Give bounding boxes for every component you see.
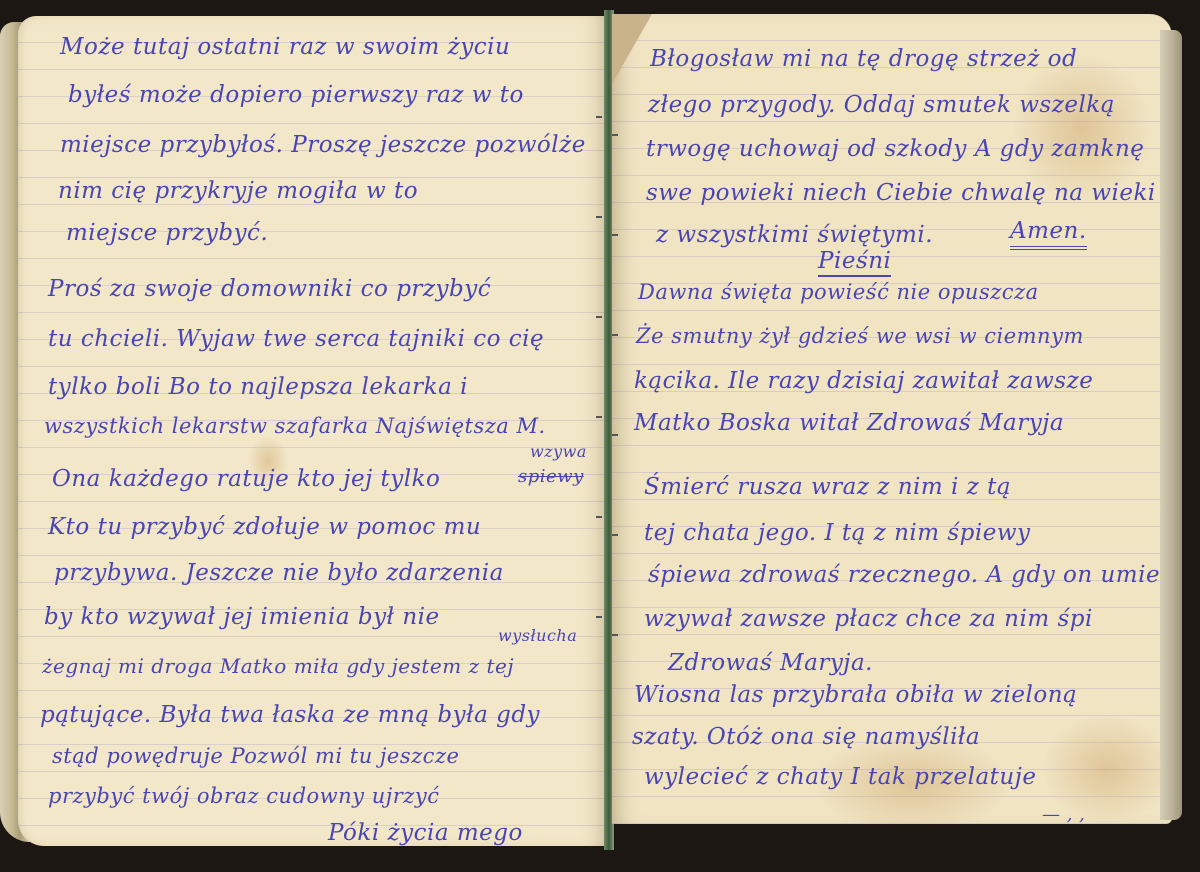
margin-tick [612, 534, 618, 536]
right-line-10: Śmierć rusza wraz z nim i z tą [644, 476, 1011, 499]
left-line-1: Może tutaj ostatni raz w swoim życiu [60, 36, 510, 59]
left-line-15: pątujące. Była twa łaska ze mną była gdy [40, 704, 540, 727]
left-line-2: byłeś może dopiero pierwszy raz w to [68, 84, 524, 107]
right-page: Błogosław mi na tę drogę strzeż od złego… [612, 14, 1172, 824]
margin-tick [596, 416, 602, 418]
margin-tick [612, 134, 618, 136]
right-line-8: kącika. Ile razy dzisiaj zawitał zawsze [634, 370, 1093, 393]
left-line-9: wszystkich lekarstw szafarka Najświętsza… [44, 416, 546, 437]
left-line-16: stąd powędruje Pozwól mi tu jeszcze [52, 746, 459, 767]
margin-tick [612, 234, 618, 236]
right-line-13: wzywał zawsze płacz chce za nim śpi [644, 608, 1093, 631]
left-line-7: tu chcieli. Wyjaw twe serca tajniki co c… [48, 328, 544, 351]
margin-tick [596, 316, 602, 318]
right-line-9: Matko Boska witał Zdrowaś Maryja [634, 412, 1064, 435]
margin-tick [612, 334, 618, 336]
left-correction-wzywa: wzywa [530, 444, 587, 460]
left-correction-wysłucha: wysłucha [498, 628, 577, 644]
left-line-14: żegnaj mi droga Matko miła gdy jestem z … [42, 656, 514, 676]
left-page: Może tutaj ostatni raz w swoim życiu był… [18, 16, 608, 846]
footer-mark: — , , [1042, 806, 1085, 824]
left-line-13: by kto wzywał jej imienia był nie [44, 606, 440, 629]
right-page-stack-edge [1160, 30, 1182, 820]
margin-tick [612, 434, 618, 436]
left-line-12: przybywa. Jeszcze nie było zdarzenia [54, 562, 504, 585]
margin-tick [596, 216, 602, 218]
left-line-10: Ona każdego ratuje kto jej tylko [52, 468, 440, 491]
right-line-14: Zdrowaś Maryja. [668, 652, 873, 675]
left-line-8: tylko boli Bo to najlepsza lekarka i [48, 376, 468, 399]
notebook-spread: Może tutaj ostatni raz w swoim życiu był… [0, 0, 1200, 872]
right-line-12: śpiewa zdrowaś rzecznego. A gdy on umier… [648, 564, 1172, 587]
amen-closing: Amen. [1010, 220, 1087, 250]
right-line-6: Dawna święta powieść nie opuszcza [638, 282, 1039, 303]
margin-tick [596, 516, 602, 518]
right-line-16: szaty. Otóż ona się namyśliła [632, 726, 980, 749]
margin-tick [612, 634, 618, 636]
right-line-7: Że smutny żył gdzieś we wsi w ciemnym [636, 326, 1084, 347]
right-line-11: tej chata jego. I tą z nim śpiewy [644, 522, 1031, 545]
left-line-6: Proś za swoje domowniki co przybyć [48, 278, 491, 301]
left-line-17: przybyć twój obraz cudowny ujrzyć [48, 786, 439, 807]
margin-tick [596, 616, 602, 618]
left-struck-word: spiewy [518, 468, 584, 486]
left-line-4: nim cię przykryje mogiła w to [58, 180, 418, 203]
right-line-2: złego przygody. Oddaj smutek wszelką [648, 94, 1115, 117]
right-line-15: Wiosna las przybrała obiła w zieloną [634, 684, 1077, 707]
left-line-11: Kto tu przybyć zdołuje w pomoc mu [48, 516, 481, 539]
left-line-18: Póki życia mego [328, 822, 523, 845]
right-line-1: Błogosław mi na tę drogę strzeż od [650, 48, 1077, 71]
right-line-3: trwogę uchowaj od szkody A gdy zamknę [646, 138, 1144, 161]
section-heading-piesni: Pieśni [818, 250, 891, 277]
right-line-5: z wszystkimi świętymi. [656, 224, 933, 247]
left-line-3: miejsce przybyłoś. Proszę jeszcze pozwól… [60, 134, 586, 157]
right-line-17: wylecieć z chaty I tak przelatuje [644, 766, 1037, 789]
right-line-4: swe powieki niech Ciebie chwalę na wieki [646, 182, 1156, 205]
left-line-5: miejsce przybyć. [66, 222, 268, 245]
margin-tick [596, 116, 602, 118]
